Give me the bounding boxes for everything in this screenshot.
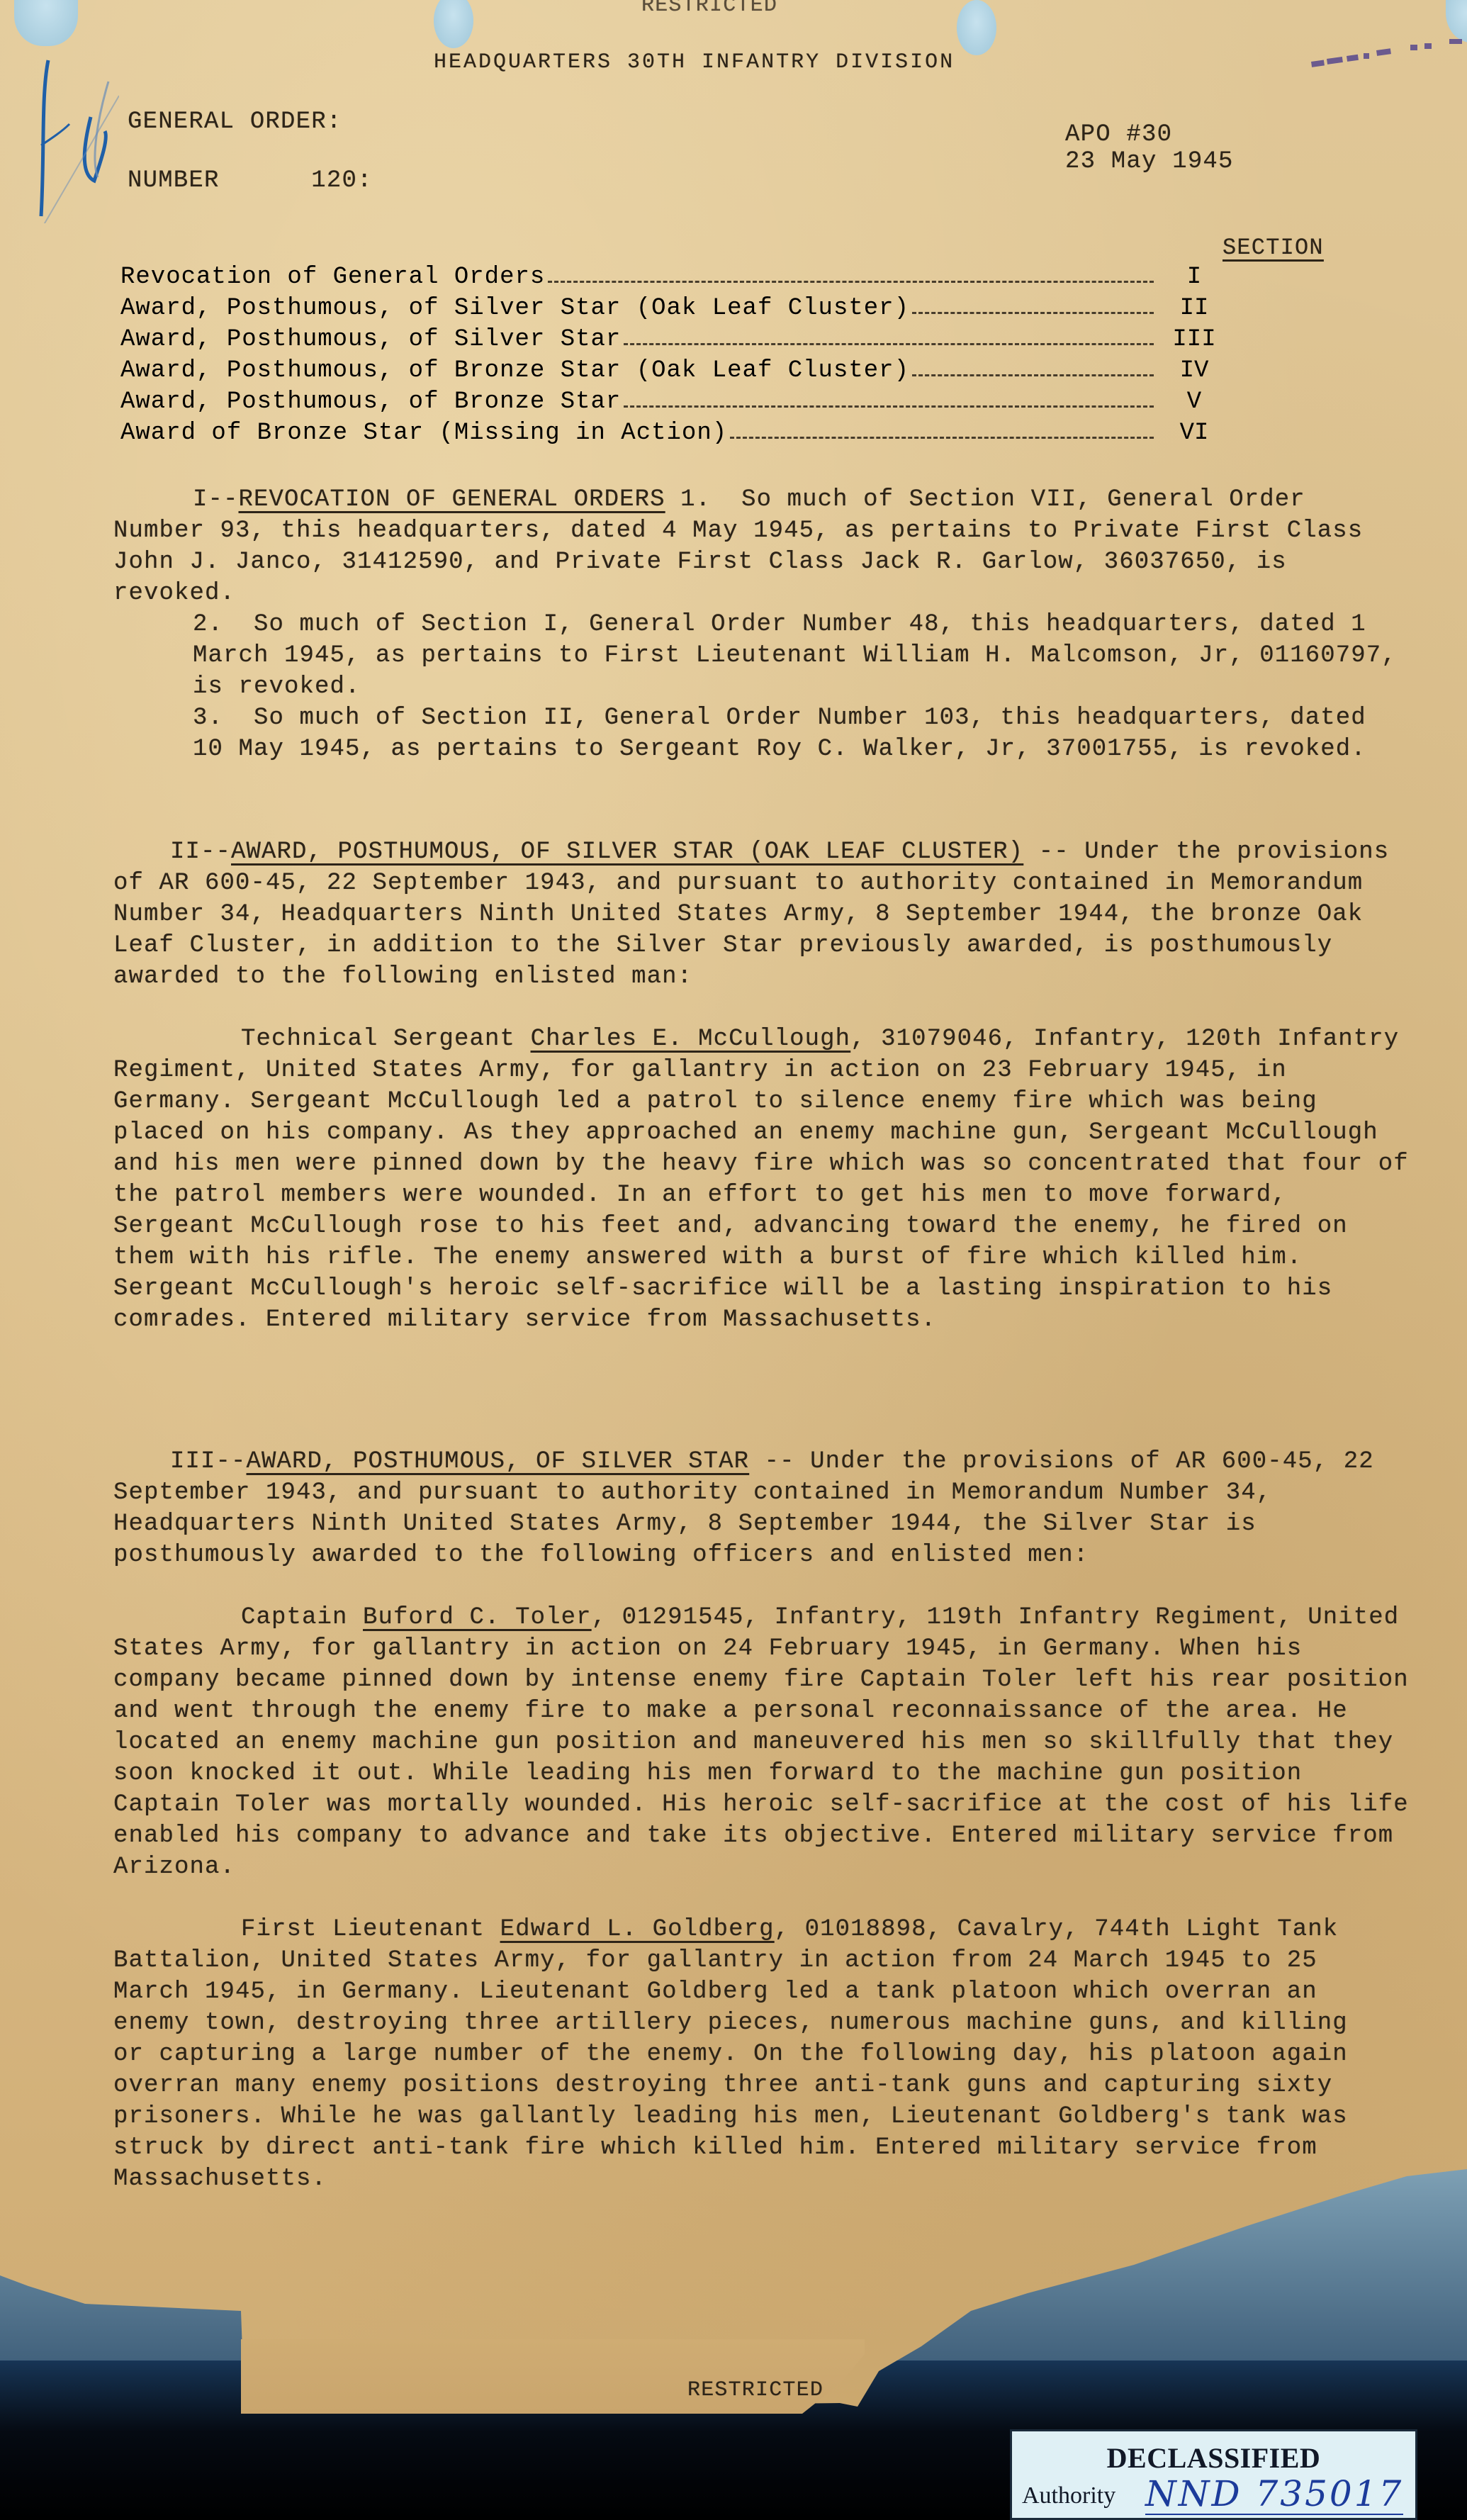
number-value: 120: bbox=[311, 167, 372, 194]
contents-row-label: Award, Posthumous, of Silver Star bbox=[120, 326, 621, 353]
section-2-intro: II--AWARD, POSTHUMOUS, OF SILVER STAR (O… bbox=[113, 836, 1410, 992]
contents-row-section: V bbox=[1162, 388, 1226, 415]
citation-name: Charles E. McCullough bbox=[531, 1026, 851, 1053]
authority-label: Authority bbox=[1022, 2482, 1115, 2509]
section-2: II--AWARD, POSTHUMOUS, OF SILVER STAR (O… bbox=[113, 836, 1410, 1335]
section-3-citation-1: Captain Buford C. Toler, 01291545, Infan… bbox=[113, 1602, 1410, 1883]
contents-row: Award, Posthumous, of Bronze Star (Oak L… bbox=[120, 357, 1226, 388]
section-1-text-3: 3. So much of Section II, General Order … bbox=[193, 705, 1381, 763]
number-label: NUMBER bbox=[128, 167, 220, 194]
contents-row: Award, Posthumous, of Bronze StarV bbox=[120, 388, 1226, 420]
section-3-heading: AWARD, POSTHUMOUS, OF SILVER STAR bbox=[247, 1448, 750, 1475]
section-2-citation: Technical Sergeant Charles E. McCullough… bbox=[113, 1024, 1410, 1335]
contents-row-section: I bbox=[1162, 264, 1226, 291]
section-1-heading: REVOCATION OF GENERAL ORDERS bbox=[239, 486, 665, 513]
dash-leader bbox=[912, 374, 1154, 376]
section-3-prefix: III-- bbox=[170, 1448, 247, 1475]
contents-row-label: Award, Posthumous, of Bronze Star bbox=[120, 388, 621, 415]
section-1-paragraph-2: 2. So much of Section I, General Order N… bbox=[113, 609, 1410, 702]
classification-marking-bottom: RESTRICTED bbox=[687, 2375, 824, 2406]
punch-hole-icon bbox=[957, 0, 996, 55]
contents-row-section: IV bbox=[1162, 357, 1226, 384]
contents-row-label: Award, Posthumous, of Bronze Star (Oak L… bbox=[120, 357, 909, 384]
section-2-prefix: II-- bbox=[170, 839, 231, 866]
contents-row-label: Revocation of General Orders bbox=[120, 264, 545, 291]
dash-leader bbox=[912, 311, 1154, 314]
dash-leader bbox=[624, 342, 1154, 345]
section-1-paragraph-3: 3. So much of Section II, General Order … bbox=[113, 702, 1410, 765]
contents-section-header: SECTION bbox=[1222, 233, 1324, 264]
contents-row: Award of Bronze Star (Missing in Action)… bbox=[120, 420, 1226, 451]
declassified-title: DECLASSIFIED bbox=[1012, 2441, 1415, 2475]
contents-row-section: VI bbox=[1162, 420, 1226, 447]
headquarters-title: HEADQUARTERS 30TH INFANTRY DIVISION bbox=[434, 47, 955, 78]
citation-text: , 01018898, Cavalry, 744th Light Tank Ba… bbox=[113, 1916, 1363, 2193]
classification-marking-top: RESTRICTED bbox=[641, 0, 777, 21]
declassified-stamp: DECLASSIFIED Authority NND 735017 bbox=[1010, 2429, 1417, 2520]
citation-name: Edward L. Goldberg bbox=[500, 1916, 775, 1943]
contents-row-section: III bbox=[1162, 326, 1226, 353]
general-order-number: NUMBER 120: bbox=[128, 165, 373, 196]
contents-row: Revocation of General OrdersI bbox=[120, 264, 1226, 295]
section-2-heading: AWARD, POSTHUMOUS, OF SILVER STAR (OAK L… bbox=[231, 839, 1023, 866]
dash-leader bbox=[730, 436, 1154, 439]
citation-text: , 01291545, Infantry, 119th Infantry Reg… bbox=[113, 1604, 1424, 1881]
citation-name: Buford C. Toler bbox=[363, 1604, 592, 1631]
citation-text: , 31079046, Infantry, 120th Infantry Reg… bbox=[113, 1026, 1424, 1333]
citation-rank: Captain bbox=[241, 1604, 363, 1631]
citation-rank: First Lieutenant bbox=[241, 1916, 500, 1943]
section-3-citation-2: First Lieutenant Edward L. Goldberg, 010… bbox=[113, 1914, 1375, 2195]
citation-rank: Technical Sergeant bbox=[241, 1026, 531, 1053]
section-3: III--AWARD, POSTHUMOUS, OF SILVER STAR -… bbox=[113, 1446, 1410, 2195]
section-1-text-2: 2. So much of Section I, General Order N… bbox=[193, 611, 1412, 700]
dash-leader bbox=[624, 405, 1154, 408]
authority-value: NND 735017 bbox=[1145, 2474, 1403, 2515]
dash-leader bbox=[548, 280, 1154, 283]
section-1-paragraph-1: I--REVOCATION OF GENERAL ORDERS 1. So mu… bbox=[113, 484, 1410, 609]
general-order-label: GENERAL ORDER: bbox=[128, 106, 342, 138]
section-1-prefix: I-- bbox=[193, 486, 239, 513]
contents-row: Award, Posthumous, of Silver Star (Oak L… bbox=[120, 295, 1226, 326]
contents-row-label: Award, Posthumous, of Silver Star (Oak L… bbox=[120, 295, 909, 322]
order-date: 23 May 1945 bbox=[1065, 146, 1234, 177]
section-1: I--REVOCATION OF GENERAL ORDERS 1. So mu… bbox=[113, 484, 1410, 765]
contents-row-section: II bbox=[1162, 295, 1226, 322]
handwritten-file-mark-icon bbox=[20, 53, 119, 223]
contents-row: Award, Posthumous, of Silver StarIII bbox=[120, 326, 1226, 357]
stamp-dash-marks-icon bbox=[1311, 39, 1467, 74]
contents-row-label: Award of Bronze Star (Missing in Action) bbox=[120, 420, 727, 447]
section-3-intro: III--AWARD, POSTHUMOUS, OF SILVER STAR -… bbox=[113, 1446, 1410, 1571]
